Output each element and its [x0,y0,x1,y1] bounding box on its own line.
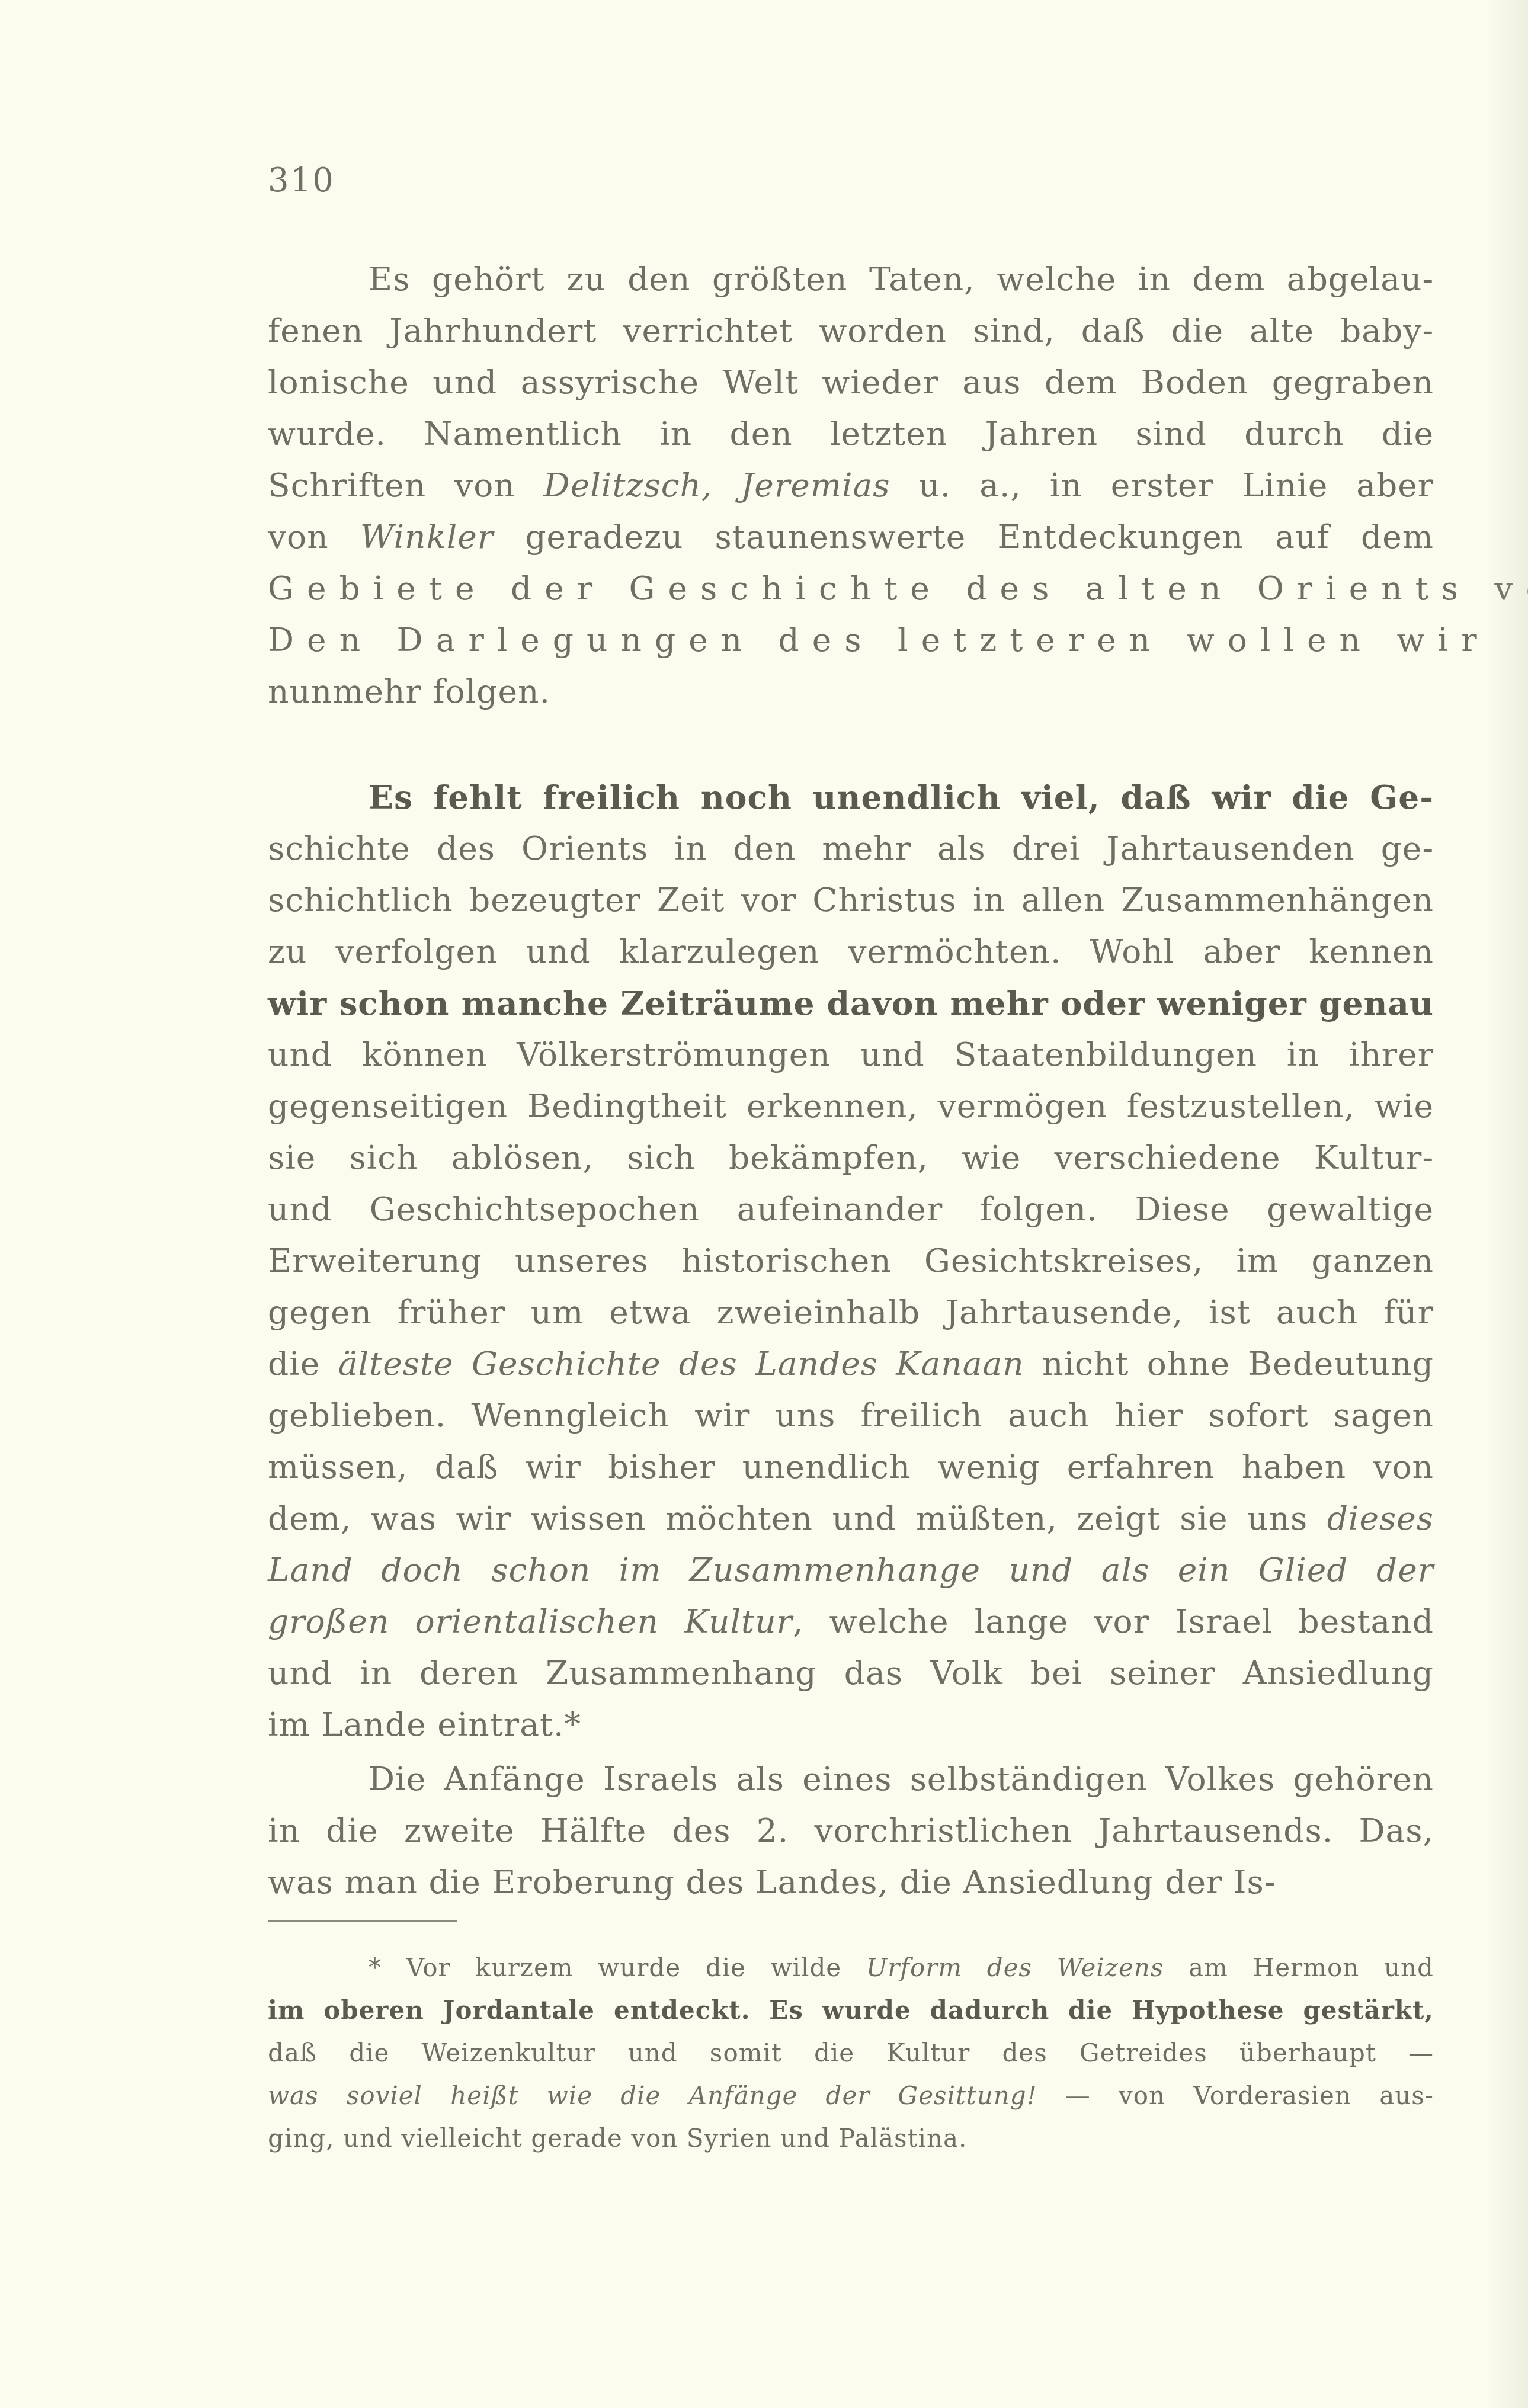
text-line: und in deren Zusammenhang das Volk bei s… [268,1647,1434,1699]
text-line: Es gehört zu den größten Taten, welche i… [268,254,1434,305]
text-line: wir schon manche Zeiträume davon mehr od… [268,977,1434,1029]
text-run: geblieben. Wenngleich wir uns freilich a… [268,1396,1434,1434]
text-run: Es fehlt freilich noch unendlich viel, d… [369,778,1434,816]
text-run: im oberen Jordantale entdeckt. Es wurde … [268,1996,1434,2025]
text-line: schichte des Orients in den mehr als dre… [268,823,1434,874]
text-line: zu verfolgen und klarzulegen vermöchten.… [268,926,1434,977]
text-run: sie sich ablösen, sich bekämpfen, wie ve… [268,1139,1434,1176]
text-run: in die zweite Hälfte des 2. vorchristlic… [268,1811,1434,1849]
text-line: lonische und assyrische Welt wieder aus … [268,357,1434,408]
text-run: u. a., in erster Linie aber [890,466,1434,504]
text-line: was man die Eroberung des Landes, die An… [268,1856,1434,1908]
text-run: müssen, daß wir bisher unendlich wenig e… [268,1448,1434,1486]
text-run: , welche lange vor Israel bestand [793,1602,1434,1640]
text-line: und können Völkerströmungen und Staatenb… [268,1029,1434,1080]
text-run: lonische und assyrische Welt wieder aus … [268,363,1434,401]
paragraph-2: Es fehlt freilich noch unendlich viel, d… [268,771,1434,1750]
text-run: was man die Eroberung des Landes, die An… [268,1863,1276,1901]
text-run: * Vor kurzem wurde die wilde [369,1953,866,1982]
text-line: müssen, daß wir bisher unendlich wenig e… [268,1441,1434,1493]
text-line: Erweiterung unseres historischen Gesicht… [268,1235,1434,1287]
text-line: ging, und vielleicht gerade von Syrien u… [268,2117,1434,2160]
text-line: * Vor kurzem wurde die wilde Urform des … [268,1947,1434,1989]
text-run: ging, und vielleicht gerade von Syrien u… [268,2124,967,2153]
italic-text: Land doch schon im Zusammenhange und als… [268,1551,1434,1589]
footnote: * Vor kurzem wurde die wilde Urform des … [268,1947,1434,2160]
text-line: geblieben. Wenngleich wir uns freilich a… [268,1390,1434,1441]
text-line: und Geschichtsepochen aufeinander folgen… [268,1184,1434,1235]
text-run: gegen früher um etwa zweieinhalb Jahrtau… [268,1293,1434,1331]
text-run: die [268,1345,338,1383]
text-run: Gebiete der Geschichte des alten Orients… [268,569,1528,607]
paragraph-1: Es gehört zu den größten Taten, welche i… [268,254,1434,717]
text-run: zu verfolgen und klarzulegen vermöchten.… [268,932,1434,970]
text-line: dem, was wir wissen möchten und müßten, … [268,1493,1434,1544]
text-run: fenen Jahrhundert verrichtet worden sind… [268,312,1434,350]
text-line: in die zweite Hälfte des 2. vorchristlic… [268,1805,1434,1856]
text-line: im oberen Jordantale entdeckt. Es wurde … [268,1989,1434,2032]
text-run: Schriften von [268,466,544,504]
italic-text: Urform des Weizens [866,1953,1164,1982]
italic-text: Delitzsch, Jeremias [544,466,890,504]
text-line: im Lande eintrat.* [268,1699,1434,1750]
text-line: gegen früher um etwa zweieinhalb Jahrtau… [268,1287,1434,1338]
text-line: daß die Weizenkultur und somit die Kultu… [268,2032,1434,2074]
text-run: und können Völkerströmungen und Staatenb… [268,1035,1434,1073]
text-line: gegenseitigen Bedingtheit erkennen, verm… [268,1080,1434,1132]
text-run: Den Darlegungen des letzteren wollen wir [268,621,1489,659]
text-line: fenen Jahrhundert verrichtet worden sind… [268,305,1434,357]
text-run: geradezu staunenswerte Entdeckungen auf … [494,518,1434,556]
text-run: Erweiterung unseres historischen Gesicht… [268,1242,1434,1280]
text-run: im Lande eintrat.* [268,1705,581,1743]
text-line: schichtlich bezeugter Zeit vor Christus … [268,874,1434,926]
text-line: sie sich ablösen, sich bekämpfen, wie ve… [268,1132,1434,1184]
text-run: schichte des Orients in den mehr als dre… [268,829,1434,867]
text-line: die älteste Geschichte des Landes Kanaan… [268,1338,1434,1390]
text-run: wir schon manche Zeiträume davon mehr od… [268,984,1434,1022]
text-run: wurde. Namentlich in den letzten Jahren … [268,415,1434,453]
text-run: nicht ohne Bedeutung [1024,1345,1434,1383]
text-run: — von Vorderasien aus- [1037,2081,1434,2110]
text-line: von Winkler geradezu staunenswerte Entde… [268,511,1434,563]
text-run: und in deren Zusammenhang das Volk bei s… [268,1654,1434,1692]
italic-text: dieses [1327,1499,1434,1537]
text-line: wurde. Namentlich in den letzten Jahren … [268,408,1434,460]
text-run: gegenseitigen Bedingtheit erkennen, verm… [268,1087,1434,1125]
text-line: Schriften von Delitzsch, Jeremias u. a.,… [268,460,1434,511]
text-run: nunmehr folgen. [268,672,550,710]
paragraph-3: Die Anfänge Israels als eines selbständi… [268,1753,1434,1908]
text-line: Gebiete der Geschichte des alten Orients… [268,563,1434,614]
text-run: daß die Weizenkultur und somit die Kultu… [268,2038,1434,2067]
text-line: Den Darlegungen des letzteren wollen wir [268,614,1434,666]
text-run: Die Anfänge Israels als eines selbständi… [369,1760,1434,1798]
text-run: dem, was wir wissen möchten und müßten, … [268,1499,1327,1537]
italic-text: großen orientalischen Kultur [268,1602,793,1640]
page-edge-shadow [1487,0,1528,2408]
text-run: von [268,518,360,556]
italic-text: Winkler [360,518,494,556]
text-line: nunmehr folgen. [268,666,1434,717]
page-number: 310 [268,161,335,200]
text-line: Die Anfänge Israels als eines selbständi… [268,1753,1434,1805]
text-line: was soviel heißt wie die Anfänge der Ges… [268,2074,1434,2117]
text-line: großen orientalischen Kultur, welche lan… [268,1596,1434,1647]
italic-text: älteste Geschichte des Landes Kanaan [338,1345,1024,1383]
footnote-rule [268,1920,457,1922]
text-run: schichtlich bezeugter Zeit vor Christus … [268,881,1434,919]
italic-text: was soviel heißt wie die Anfänge der Ges… [268,2081,1037,2110]
text-line: Es fehlt freilich noch unendlich viel, d… [268,771,1434,823]
text-run: und Geschichtsepochen aufeinander folgen… [268,1190,1434,1228]
text-line: Land doch schon im Zusammenhange und als… [268,1544,1434,1596]
text-run: am Hermon und [1164,1953,1434,1982]
text-run: Es gehört zu den größten Taten, welche i… [369,260,1434,298]
